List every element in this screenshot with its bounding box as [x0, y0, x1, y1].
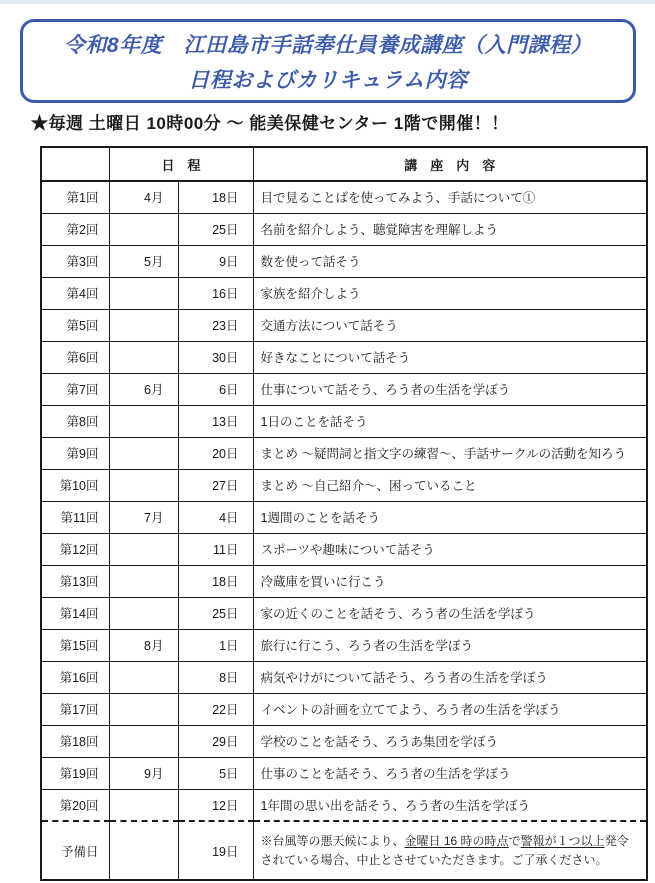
cell-content: 学校のことを話そう、ろうあ集団を学ぼう [253, 725, 647, 757]
table-row: 第18回29日学校のことを話そう、ろうあ集団を学ぼう [41, 725, 647, 757]
cell-session: 第8回 [41, 405, 109, 437]
cell-cancellation-note: ※台風等の悪天候により、金曜日 16 時の時点で警報が１つ以上発令されている場合… [253, 821, 647, 880]
cell-content: 冷蔵庫を買いに行こう [253, 565, 647, 597]
cell-month [109, 277, 178, 309]
cell-month [109, 469, 178, 501]
schedule-note-line: ★毎週 土曜日 10時00分 ～ 能美保健センター 1階で開催！！ [31, 109, 509, 134]
schedule-table: 日 程 講 座 内 容 第1回4月18日目で見ることばを使ってみよう、手話につい… [40, 146, 648, 881]
table-row: 第19回9月5日仕事のことを話そう、ろう者の生活を学ぼう [41, 757, 647, 789]
cell-content: スポーツや趣味について話そう [253, 533, 647, 565]
title-line-1: 令和8年度 江田島市手話奉仕員養成講座（入門課程） [64, 29, 592, 59]
note-underlined-segment: 警報が１つ以上 [521, 834, 605, 848]
table-row: 第13回18日冷蔵庫を買いに行こう [41, 565, 647, 597]
cell-day: 22日 [178, 693, 253, 725]
cell-day: 12日 [178, 789, 253, 821]
cell-month [109, 437, 178, 469]
cell-day: 27日 [178, 469, 253, 501]
column-header-session [41, 147, 109, 181]
cell-month [109, 341, 178, 373]
reserve-day-row: 予備日19日※台風等の悪天候により、金曜日 16 時の時点で警報が１つ以上発令さ… [41, 821, 647, 880]
table-row: 第8回13日1日のことを話そう [41, 405, 647, 437]
table-row: 第6回30日好きなことについて話そう [41, 341, 647, 373]
cell-session: 第16回 [41, 661, 109, 693]
cell-content: まとめ ～疑問詞と指文字の練習～、手話サークルの活動を知ろう [253, 437, 647, 469]
table-row: 第1回4月18日目で見ることばを使ってみよう、手話について① [41, 181, 647, 213]
table-row: 第17回22日イベントの計画を立ててよう、ろう者の生活を学ぼう [41, 693, 647, 725]
cell-content: イベントの計画を立ててよう、ろう者の生活を学ぼう [253, 693, 647, 725]
cell-day: 25日 [178, 213, 253, 245]
table-row: 第10回27日まとめ ～自己紹介～、困っていること [41, 469, 647, 501]
cell-content: 数を使って話そう [253, 245, 647, 277]
cell-session: 第20回 [41, 789, 109, 821]
table-row: 第14回25日家の近くのことを話そう、ろう者の生活を学ぼう [41, 597, 647, 629]
cell-day: 20日 [178, 437, 253, 469]
title-line-2: 日程およびカリキュラム内容 [188, 64, 467, 94]
cell-month: 4月 [109, 181, 178, 213]
cell-content: 家族を紹介しよう [253, 277, 647, 309]
cell-content: 病気やけがについて話そう、ろう者の生活を学ぼう [253, 661, 647, 693]
table-row: 第3回5月9日数を使って話そう [41, 245, 647, 277]
cell-day: 6日 [178, 373, 253, 405]
cell-content: 名前を紹介しよう、聴覚障害を理解しよう [253, 213, 647, 245]
cell-day: 25日 [178, 597, 253, 629]
cell-content: 目で見ることばを使ってみよう、手話について① [253, 181, 647, 213]
cell-day: 23日 [178, 309, 253, 341]
title-box: 令和8年度 江田島市手話奉仕員養成講座（入門課程） 日程およびカリキュラム内容 [20, 19, 636, 103]
cell-session: 第12回 [41, 533, 109, 565]
note-segment: ※台風等の悪天候により、 [261, 834, 405, 848]
cell-session: 第9回 [41, 437, 109, 469]
cell-month: 6月 [109, 373, 178, 405]
cell-month [109, 725, 178, 757]
cell-month: 5月 [109, 245, 178, 277]
cell-day: 1日 [178, 629, 253, 661]
cell-month [109, 533, 178, 565]
cell-content: 好きなことについて話そう [253, 341, 647, 373]
table-row: 第12回11日スポーツや趣味について話そう [41, 533, 647, 565]
schedule-table-body: 第1回4月18日目で見ることばを使ってみよう、手話について①第2回25日名前を紹… [41, 181, 647, 880]
cell-month [109, 565, 178, 597]
cell-session: 第6回 [41, 341, 109, 373]
cell-day: 18日 [178, 181, 253, 213]
cell-session: 第5回 [41, 309, 109, 341]
cell-content: 1日のことを話そう [253, 405, 647, 437]
cell-day: 19日 [178, 821, 253, 880]
cell-content: 交通方法について話そう [253, 309, 647, 341]
table-row: 第4回16日家族を紹介しよう [41, 277, 647, 309]
cell-content: 旅行に行こう、ろう者の生活を学ぼう [253, 629, 647, 661]
cell-content: まとめ ～自己紹介～、困っていること [253, 469, 647, 501]
cell-day: 5日 [178, 757, 253, 789]
cell-month [109, 789, 178, 821]
cell-session: 第2回 [41, 213, 109, 245]
table-row: 第15回8月1日旅行に行こう、ろう者の生活を学ぼう [41, 629, 647, 661]
cell-content: 1週間のことを話そう [253, 501, 647, 533]
cell-day: 13日 [178, 405, 253, 437]
cell-month: 8月 [109, 629, 178, 661]
table-row: 第9回20日まとめ ～疑問詞と指文字の練習～、手話サークルの活動を知ろう [41, 437, 647, 469]
cell-month [109, 821, 178, 880]
cell-month [109, 597, 178, 629]
cell-month [109, 661, 178, 693]
column-header-date: 日 程 [109, 147, 253, 181]
table-row: 第20回12日1年間の思い出を話そう、ろう者の生活を学ぼう [41, 789, 647, 821]
cell-session: 第7回 [41, 373, 109, 405]
cell-day: 29日 [178, 725, 253, 757]
cell-session: 第15回 [41, 629, 109, 661]
cell-session: 第10回 [41, 469, 109, 501]
cell-session: 第18回 [41, 725, 109, 757]
column-header-content: 講 座 内 容 [253, 147, 647, 181]
window-top-edge [0, 0, 655, 4]
note-underlined-segment: 金曜日 16 時の時点 [405, 834, 509, 848]
cell-month [109, 405, 178, 437]
table-row: 第16回8日病気やけがについて話そう、ろう者の生活を学ぼう [41, 661, 647, 693]
cell-month [109, 309, 178, 341]
cell-content: 1年間の思い出を話そう、ろう者の生活を学ぼう [253, 789, 647, 821]
cell-month: 7月 [109, 501, 178, 533]
cell-day: 30日 [178, 341, 253, 373]
table-header-row: 日 程 講 座 内 容 [41, 147, 647, 181]
cell-session: 第14回 [41, 597, 109, 629]
cell-session: 第17回 [41, 693, 109, 725]
cell-day: 8日 [178, 661, 253, 693]
cell-session: 第13回 [41, 565, 109, 597]
table-row: 第2回25日名前を紹介しよう、聴覚障害を理解しよう [41, 213, 647, 245]
cell-day: 18日 [178, 565, 253, 597]
cell-session: 予備日 [41, 821, 109, 880]
cell-month [109, 693, 178, 725]
cell-session: 第3回 [41, 245, 109, 277]
cell-day: 9日 [178, 245, 253, 277]
cell-content: 仕事について話そう、ろう者の生活を学ぼう [253, 373, 647, 405]
cell-session: 第11回 [41, 501, 109, 533]
table-row: 第7回6月6日仕事について話そう、ろう者の生活を学ぼう [41, 373, 647, 405]
cell-month [109, 213, 178, 245]
table-row: 第11回7月4日1週間のことを話そう [41, 501, 647, 533]
document-page: 令和8年度 江田島市手話奉仕員養成講座（入門課程） 日程およびカリキュラム内容 … [0, 0, 655, 883]
cell-session: 第4回 [41, 277, 109, 309]
cell-content: 家の近くのことを話そう、ろう者の生活を学ぼう [253, 597, 647, 629]
cell-day: 4日 [178, 501, 253, 533]
cell-session: 第1回 [41, 181, 109, 213]
cell-day: 16日 [178, 277, 253, 309]
table-row: 第5回23日交通方法について話そう [41, 309, 647, 341]
cell-content: 仕事のことを話そう、ろう者の生活を学ぼう [253, 757, 647, 789]
note-segment: で [509, 834, 521, 848]
cell-month: 9月 [109, 757, 178, 789]
cell-day: 11日 [178, 533, 253, 565]
cell-session: 第19回 [41, 757, 109, 789]
